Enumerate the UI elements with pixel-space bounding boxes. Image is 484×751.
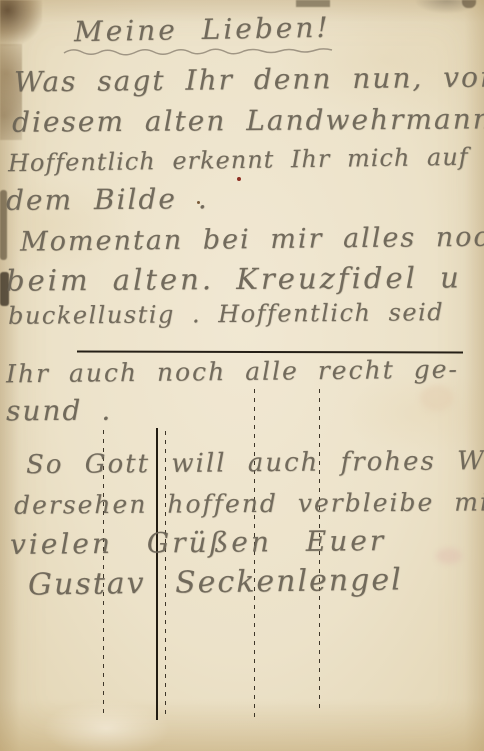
- handwriting-line: buckellustig . Hoffentlich seid: [8, 300, 444, 328]
- signature-line: Gustav Seckenlengel: [28, 565, 403, 600]
- stain: [420, 385, 454, 411]
- wavy-underline: [62, 45, 354, 59]
- handwriting-line: diesem alten Landwehrmann.: [12, 105, 484, 136]
- handwriting-line: sund .: [6, 397, 112, 426]
- handwriting-line: Hoffentlich erkennt Ihr mich auf: [8, 145, 469, 175]
- salutation-line: Meine Lieben!: [74, 14, 331, 46]
- handwriting-line: Momentan bei mir alles noch: [20, 223, 484, 255]
- red-speck: [237, 177, 241, 181]
- handwriting-line: Ihr auch noch alle recht ge-: [6, 357, 459, 387]
- handwriting-line: dem Bilde .: [6, 185, 209, 215]
- handwriting-line: vielen Grüßen Euer: [10, 527, 387, 559]
- postcard-back-scan: Meine Lieben! Was sagt Ihr denn nun, von…: [0, 0, 484, 751]
- handwriting-line: So Gott will auch frohes Wie-: [26, 448, 484, 478]
- top-edge-smudge-artifact: [296, 0, 330, 7]
- handwriting-line: dersehen hoffend verbleibe mit: [14, 489, 484, 517]
- handwriting-line: beim alten. Kreuzfidel u: [6, 263, 462, 295]
- torn-edge-artifact: [0, 0, 42, 46]
- handwriting-line: Was sagt Ihr denn nun, von: [14, 63, 484, 96]
- stain: [436, 548, 462, 564]
